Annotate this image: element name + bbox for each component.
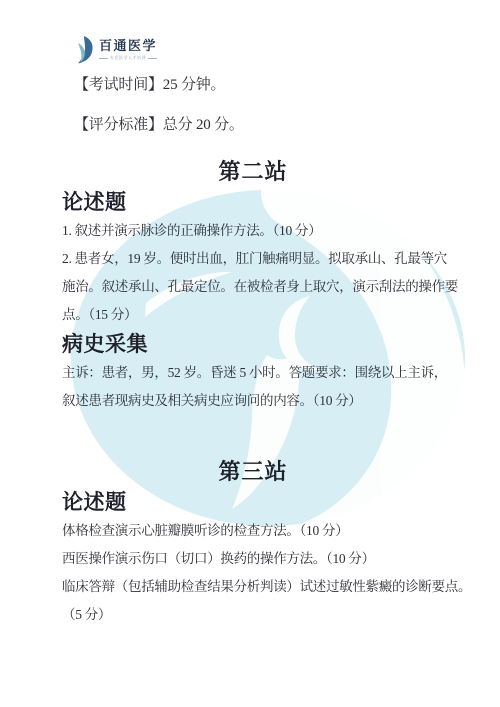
station-3-title: 第三站 [62,457,444,487]
question-line: 主诉：患者，男，52 岁。昏迷 5 小时。答题要求：围绕以上主诉， [62,359,444,387]
station-2-essay-heading: 论述题 [62,187,444,217]
brand-name: 百通医学 [99,39,157,53]
question-line: 2. 患者女，19 岁。便时出血，肛门触痛明显。拟取承山、孔最等穴 [62,245,444,273]
question-line: 临床答辩（包括辅助检查结果分析判读）试述过敏性紫癜的诊断要点。 [62,573,444,601]
question-line: 点。（15 分） [62,301,444,329]
document-page: 百通医学 专注医学人才培训 【考试时间】25 分钟。 【评分标准】总分 20 分… [0,0,500,707]
station-2-title: 第二站 [62,157,444,187]
exam-document-content: 【考试时间】25 分钟。 【评分标准】总分 20 分。 第二站 论述题 1. 叙… [62,0,444,629]
history-taking-heading: 病史采集 [62,329,444,359]
exam-time-line: 【考试时间】25 分钟。 [62,71,444,99]
question-line: 体格检查演示心脏瓣膜听诊的检查方法。（10 分） [62,517,444,545]
brand-tagline: 专注医学人才培训 [99,55,157,61]
question-line: 1. 叙述并演示脉诊的正确操作方法。（10 分） [62,217,444,245]
question-line: 叙述患者现病史及相关病史应询问的内容。（10 分） [62,387,444,415]
question-line: 西医操作演示伤口（切口）换药的操作方法。（10 分） [62,545,444,573]
brand-logo: 百通医学 专注医学人才培训 [74,35,157,64]
brand-text-block: 百通医学 专注医学人才培训 [99,35,157,61]
question-line: 施治。叙述承山、孔最定位。在被检者身上取穴，演示刮法的操作要 [62,273,444,301]
station-3-essay-heading: 论述题 [62,487,444,517]
scoring-standard-line: 【评分标准】总分 20 分。 [62,111,444,139]
brand-swoosh-icon [74,35,96,64]
question-line: （5 分） [62,601,444,629]
tagline-right-rule [148,58,157,59]
brand-tagline-text: 专注医学人才培训 [110,55,146,61]
tagline-left-rule [99,58,108,59]
